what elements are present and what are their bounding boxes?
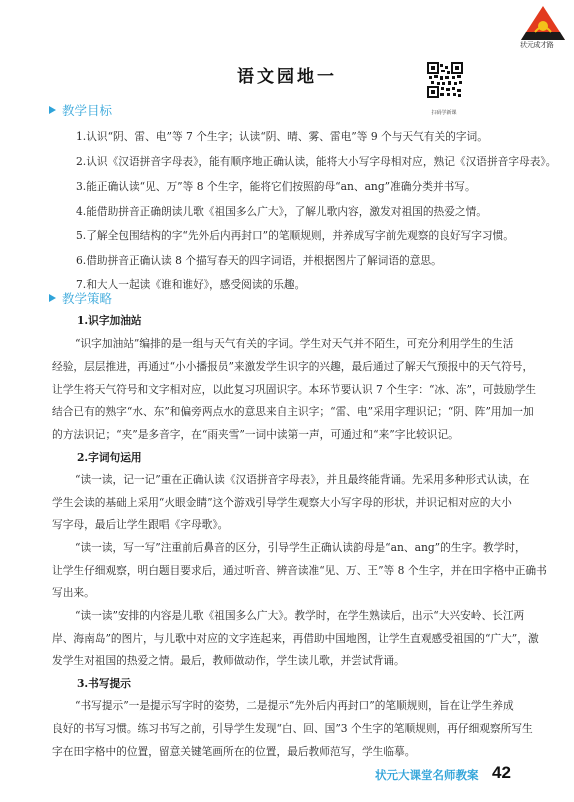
goal-item: 2.认识《汉语拼音字母表》，能有顺序地正确认读，能将大小写字母相对应，熟记《汉语…: [76, 154, 556, 169]
goal-item: 5.了解全包围结构的字“先外后内再封口”的笔顺规则，并养成写字前先观察的良好写字…: [76, 228, 514, 243]
goal-item: 6.借助拼音正确认读 8 个描写春天的四字词语，并根据图片了解词语的意思。: [76, 253, 442, 268]
subsection-title: 2.字词句运用: [77, 450, 142, 465]
paragraph-line: “读一读，写一写”注重前后鼻音的区分，引导学生正确认读韵母是“an、ang”的生…: [75, 540, 526, 555]
section-heading-goals: 教学目标: [49, 101, 112, 119]
paragraph-line: 发学生对祖国的热爱之情。最后，教师做动作，学生读儿歌，并尝试背诵。: [52, 653, 405, 668]
paragraph-line: 的方法识记；“夹”是多音字，在“雨夹雪”一词中读第一声，可通过和“来”字比较识记…: [52, 427, 459, 442]
paragraph-line: 结合已有的熟字“水、东”和偏旁两点水的意思来自主识字；“雷、电”采用字理识记；“…: [52, 404, 534, 419]
paragraph-line: 经验，层层推进，再通过“小小播报员”来激发学生识字的兴趣，最后通过了解天气预报中…: [52, 359, 533, 374]
paragraph-line: 岸、海南岛”的图片，与儿歌中对应的文字连起来，再借助中国地图，让学生直观感受祖国…: [52, 631, 539, 646]
paragraph-line: 学生会读的基础上采用“火眼金睛”这个游戏引导学生观察大小写字母的形状，并识记相对…: [52, 495, 512, 510]
paragraph-line: 字在田字格中的位置，留意关键笔画所在的位置，最后教师范写，学生临摹。: [52, 744, 415, 759]
paragraph-line: “读一读”安排的内容是儿歌《祖国多么广大》。教学时，在学生熟读后，出示“大兴安岭…: [75, 608, 524, 623]
section-heading-strategy: 教学策略: [49, 289, 112, 307]
triangle-bullet-icon: [49, 294, 56, 302]
paragraph-line: 写字母，最后让学生跟唱《字母歌》。: [52, 517, 228, 532]
triangle-bullet-icon: [49, 106, 56, 114]
qr-code[interactable]: [427, 62, 463, 102]
paragraph-line: 写出来。: [52, 585, 95, 600]
paragraph-line: “读一读，记一记”重在正确认读《汉语拼音字母表》，并且最终能背诵。先采用多种形式…: [75, 472, 529, 487]
paragraph-line: 让学生将天气符号和文字相对应，以此复习巩固识字。本环节要认识 7 个生字：“冰、…: [52, 382, 536, 397]
subsection-title: 3.书写提示: [77, 676, 131, 691]
goal-item: 3.能正确认读“见、万”等 8 个生字，能将它们按照韵母“an、ang”准确分类…: [76, 179, 476, 194]
goal-item: 1.认识“阴、雷、电”等 7 个生字；认读“阴、晴、雾、雷电”等 9 个与天气有…: [76, 129, 488, 144]
page-title: 语文园地一: [0, 62, 574, 87]
paragraph-line: “书写提示”一是提示写字时的姿势，二是提示“先外后内再封口”的笔顺规则，旨在让学…: [75, 698, 514, 713]
logo-emblem-icon: [518, 4, 568, 44]
section-heading-goals-label: 教学目标: [62, 101, 112, 119]
logo-text: 状元成才路: [520, 40, 554, 50]
page-number: 42: [492, 763, 511, 783]
goal-item: 4.能借助拼音正确朗读儿歌《祖国多么广大》，了解儿歌内容，激发对祖国的热爱之情。: [76, 204, 487, 219]
qr-label: 扫码学新课: [419, 109, 469, 116]
paragraph-line: 良好的书写习惯。练习书写之前，引导学生发现“白、回、国”3 个生字的笔顺规则，再…: [52, 721, 533, 736]
section-heading-strategy-label: 教学策略: [62, 289, 112, 307]
paragraph-line: “识字加油站”编排的是一组与天气有关的字词。学生对天气并不陌生，可充分利用学生的…: [75, 336, 513, 351]
subsection-title: 1.识字加油站: [77, 313, 142, 328]
footer-book-title: 状元大课堂名师教案: [375, 767, 479, 783]
paragraph-line: 让学生仔细观察，明白题目要求后，通过听音、辨音读准“见、万、王”等 8 个生字，…: [52, 563, 547, 578]
qr-code-icon: [427, 62, 463, 98]
